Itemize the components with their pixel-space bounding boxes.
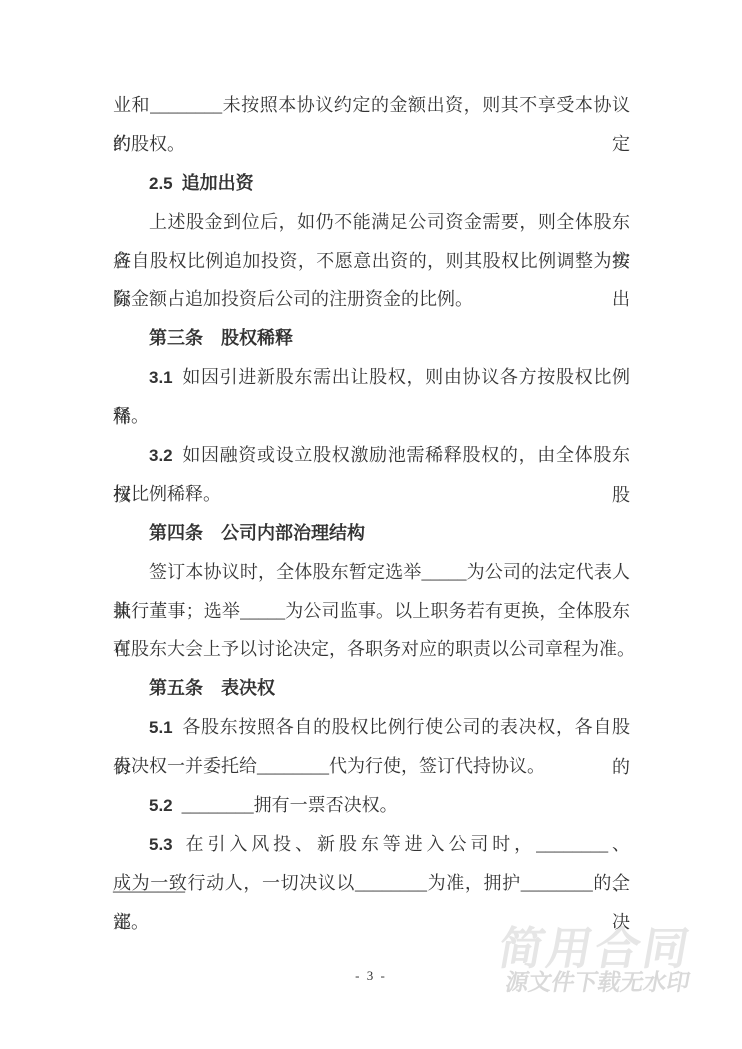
contract-line: 各自股权比例追加投资，不愿意出资的，则其股权比例调整为实际出 (113, 242, 630, 281)
clause-number: 5.3 (149, 835, 173, 854)
page-number: - 3 - (0, 968, 742, 984)
section-heading: 第三条 股权稀释 (113, 319, 630, 358)
contract-line: 5.3在引入风投、新股东等进入公司时，________、________、 (113, 825, 630, 864)
line-text: 成为一致行动人，一切决议以________为准，拥护________的全部决 (113, 873, 630, 932)
line-text: 表决权一并委托给________代为行使，签订代持协议。 (113, 756, 545, 776)
line-text: 资金额占追加投资后公司的注册资金的比例。 (113, 289, 473, 309)
clause-number: 5.2 (149, 796, 173, 815)
contract-line: 3.2如因融资或设立股权激励池需稀释股权的，由全体股东按股 (113, 436, 630, 475)
contract-line: 5.2________拥有一票否决权。 (113, 786, 630, 825)
section-heading: 第五条 表决权 (113, 669, 630, 708)
heading-text: 第四条 公司内部治理结构 (149, 523, 365, 543)
contract-line: 释。 (113, 397, 630, 436)
contract-line: 上述股金到位后，如仍不能满足公司资金需要，则全体股东应按 (113, 203, 630, 242)
section-heading: 第四条 公司内部治理结构 (113, 514, 630, 553)
clause-number: 5.1 (149, 718, 173, 737)
contract-line: 业和________未按照本协议约定的金额出资，则其不享受本协议约定 (113, 86, 630, 125)
line-text: 业和________未按照本协议约定的金额出资，则其不享受本协议约定 (113, 95, 630, 154)
contract-line: 签订本协议时，全体股东暂定选举_____为公司的法定代表人兼 (113, 553, 630, 592)
line-text: 权比例稀释。 (113, 484, 221, 504)
contract-line: 5.1各股东按照各自的股权比例行使公司的表决权，各自股份的 (113, 708, 630, 747)
heading-text: 第三条 股权稀释 (149, 328, 293, 348)
line-text: 的股权。 (113, 134, 185, 154)
section-heading: 2.5追加出资 (113, 164, 630, 203)
clause-number: 3.1 (149, 368, 173, 387)
line-text: 定。 (113, 912, 149, 932)
line-text: 释。 (113, 406, 149, 426)
line-text: 在股东大会上予以讨论决定，各职务对应的职责以公司章程为准。 (113, 639, 635, 659)
contract-line: 在股东大会上予以讨论决定，各职务对应的职责以公司章程为准。 (113, 630, 630, 669)
contract-line: 3.1如因引进新股东需出让股权，则由协议各方按股权比例稀 (113, 358, 630, 397)
document-page: 简用合同 源文件下载无水印 业和________未按照本协议约定的金额出资，则其… (0, 0, 742, 1049)
clause-number: 3.2 (149, 446, 173, 465)
contract-line: 成为一致行动人，一切决议以________为准，拥护________的全部决 (113, 864, 630, 903)
line-text: ________拥有一票否决权。 (182, 795, 398, 815)
heading-text: 追加出资 (182, 173, 254, 193)
clause-number: 2.5 (149, 174, 173, 193)
heading-text: 第五条 表决权 (149, 678, 275, 698)
contract-body: 业和________未按照本协议约定的金额出资，则其不享受本协议约定 的股权。 … (113, 86, 630, 942)
contract-line: 执行董事；选举_____为公司监事。以上职务若有更换，全体股东可 (113, 592, 630, 631)
